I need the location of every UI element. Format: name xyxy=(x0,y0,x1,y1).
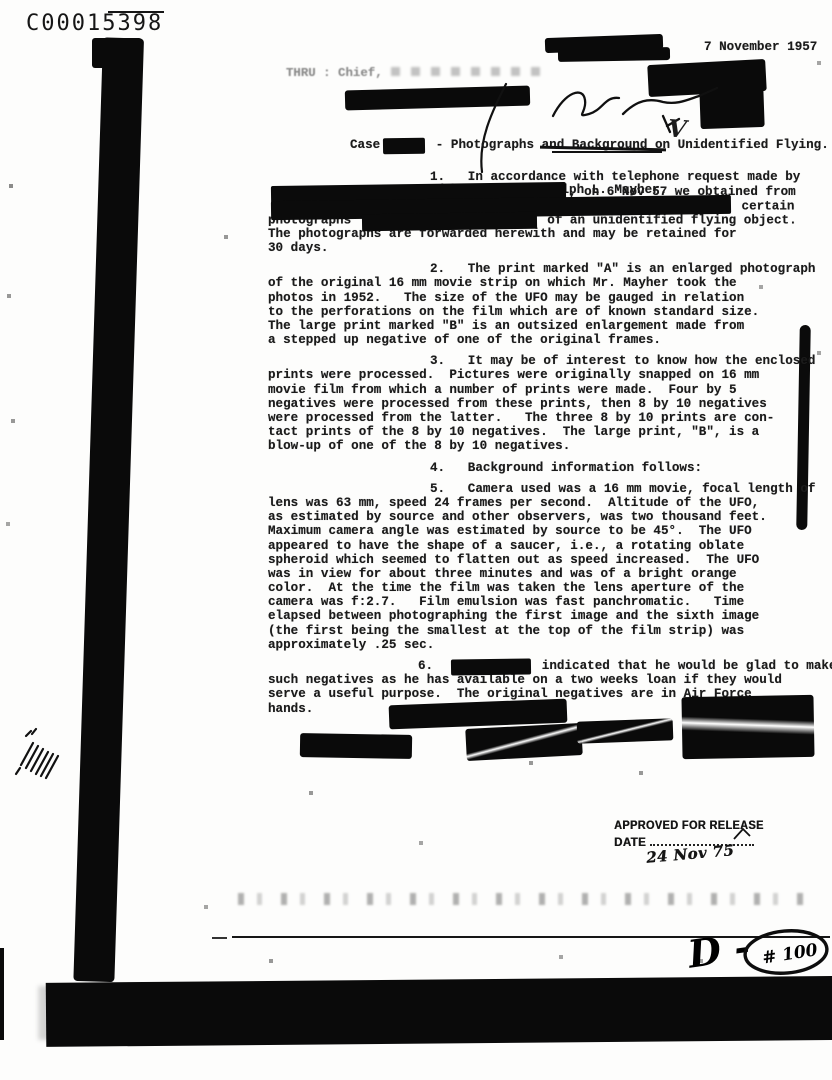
text-line: a stepped up negative of one of the orig… xyxy=(268,333,808,347)
text-line: was in view for about three minutes and … xyxy=(268,567,808,581)
doc-id-overline xyxy=(108,11,164,13)
handwritten-checkmark: V xyxy=(667,113,688,143)
text-line: such negatives as he has available on a … xyxy=(268,673,808,687)
paragraph: 3. It may be of interest to know how the… xyxy=(268,354,808,453)
paragraph: 4. Background information follows: xyxy=(268,461,808,475)
redaction-bar-signature xyxy=(577,718,674,743)
stamp-date-row: DATE 24 Nov 75 xyxy=(614,835,804,849)
text-line: negatives were processed from these prin… xyxy=(268,397,808,411)
text-line: 4. Background information follows: xyxy=(268,461,808,475)
text-line: The large print marked "B" is an outsize… xyxy=(268,319,808,333)
text-line: movie film from which a number of prints… xyxy=(268,383,808,397)
text-line: of the original 16 mm movie strip on whi… xyxy=(268,276,808,290)
subject-underline-2 xyxy=(552,151,662,153)
scan-specks xyxy=(0,0,2,2)
text-line: to the perforations on the film which ar… xyxy=(268,305,808,319)
text-line: 2. The print marked "A" is an enlarged p… xyxy=(268,262,808,276)
text-line: camera was f:2.7. Film emulsion was fast… xyxy=(268,595,808,609)
text-line: (the first being the smallest at the top… xyxy=(268,624,808,638)
paragraph: 5. Camera used was a 16 mm movie, focal … xyxy=(268,482,808,652)
scan-artifact-left-band xyxy=(73,37,144,982)
text-line: The photographs are forwarded herewith a… xyxy=(268,227,808,241)
pen-hatch-marks xyxy=(12,722,66,786)
redaction-bar xyxy=(451,659,531,676)
text-line: blow-up of one of the 8 by 10 negatives. xyxy=(268,439,808,453)
text-line: prints were processed. Pictures were ori… xyxy=(268,368,808,382)
thru-smudge xyxy=(391,67,541,76)
redaction-bar xyxy=(362,211,537,230)
redaction-bar-signature xyxy=(300,733,412,759)
document-date: 7 November 1957 xyxy=(704,40,817,54)
footer-circled-number: # 100 xyxy=(761,940,819,968)
document-id: C00015398 xyxy=(26,12,163,36)
text-line: approximately .25 sec. xyxy=(268,638,808,652)
paragraph: 1. In accordance with telephone request … xyxy=(268,170,808,255)
redaction-bar-signature xyxy=(465,723,583,761)
stamp-date-label: DATE xyxy=(614,837,646,849)
footer-d-mark: D - xyxy=(686,924,753,977)
approval-stamp: APPROVED FOR RELEASE DATE 24 Nov 75 xyxy=(614,820,804,849)
text-line: 5. Camera used was a 16 mm movie, focal … xyxy=(268,482,808,496)
footer-handwritten-mark: D - # 100 xyxy=(686,922,832,982)
text-line: appeared to have the shape of a saucer, … xyxy=(268,539,808,553)
scan-artifact-edge-sliver xyxy=(0,948,4,1040)
text-line: lens was 63 mm, speed 24 frames per seco… xyxy=(268,496,808,510)
text-line: 3. It may be of interest to know how the… xyxy=(268,354,808,368)
thru-label: THRU : Chief, xyxy=(286,66,383,80)
redaction-bar xyxy=(383,138,425,155)
rule-dash xyxy=(212,937,227,939)
text-line: were processed from the latter. The thre… xyxy=(268,411,808,425)
stamp-caret-mark xyxy=(732,827,752,841)
scan-artifact-bottom-band xyxy=(46,976,832,1047)
text-line: Maximum camera angle was estimated by so… xyxy=(268,524,808,538)
text-line: photos in 1952. The size of the UFO may … xyxy=(268,291,808,305)
text-line: certain xyxy=(268,198,808,212)
text-line: elapsed between photographing the first … xyxy=(268,609,808,623)
text-line: spheroid which seemed to flatten out as … xyxy=(268,553,808,567)
stamp-line-1: APPROVED FOR RELEASE xyxy=(614,820,795,832)
text-line: as estimated by source and other observe… xyxy=(268,510,808,524)
paragraph: 2. The print marked "A" is an enlarged p… xyxy=(268,262,808,347)
redaction-bar xyxy=(558,47,670,62)
text-line: 6. indicated that he would be glad to ma… xyxy=(268,659,808,673)
body-paragraphs: 1. In accordance with telephone request … xyxy=(268,170,808,723)
faint-smudge-line xyxy=(238,893,804,905)
text-line: 30 days. xyxy=(268,241,808,255)
text-line: color. At the time the film was taken th… xyxy=(268,581,808,595)
case-label: Case xyxy=(350,138,380,152)
redaction-bar-signature xyxy=(681,695,814,759)
text-line: tact prints of the 8 by 10 negatives. Th… xyxy=(268,425,808,439)
scanned-document-page: C00015398 7 November 1957 THRU : Chief, … xyxy=(0,0,832,1080)
